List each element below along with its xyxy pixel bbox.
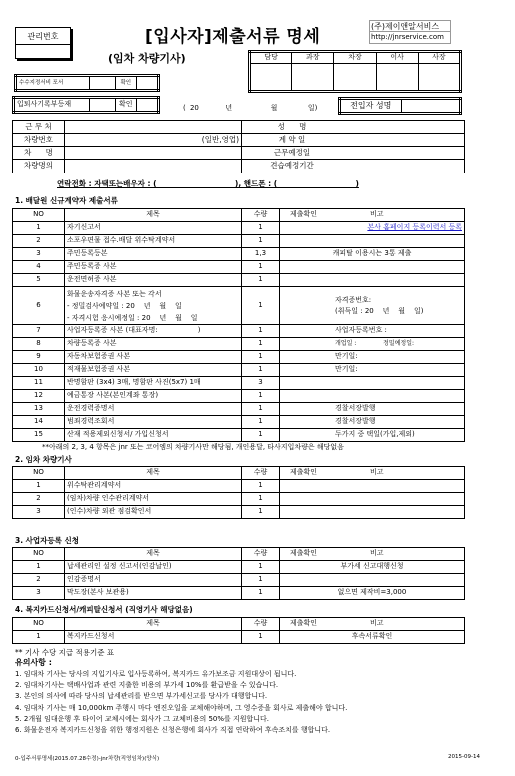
row-note[interactable] (280, 390, 465, 403)
management-number-box: 관리번호 (15, 27, 71, 59)
row-qty: 1 (242, 222, 280, 235)
table-row: 4 주민등록증 사본 1 (13, 261, 465, 274)
approval-table: 담당 과장 차장 이사 사장 (248, 50, 462, 93)
col-check: 제출확인 (282, 620, 370, 628)
row-no: 15 (13, 429, 65, 442)
table-row: 1 자기신고서 1 본사 홈페이지 등록이력서 등록 (13, 222, 465, 235)
col-title: 제목 (65, 618, 242, 631)
table-row: 12 예금통장 사본(본인계좌 통장) 1 (13, 390, 465, 403)
table-row: 3 막도장(본사 보관용) 1 없으면 제작비=3,000 (13, 587, 465, 600)
caution-title: 유의사항 : (15, 657, 52, 668)
col-check-note: 제출확인비고 (280, 618, 465, 631)
row-title: 적재물보험증권 사본 (65, 364, 242, 377)
row-note[interactable]: 사업자등록번호 : (280, 325, 465, 338)
row-title: (임차)차량 인수관리계약서 (65, 493, 242, 506)
caution-item: 1. 임대차 기사는 당사의 지입기사로 입사등록하여, 복지카드 유가보조금 … (15, 669, 347, 680)
row-note[interactable]: 두가지 중 택일(가입,제외) (280, 429, 465, 442)
company-name: (주)제이앤알서비스 (370, 21, 450, 32)
table-row: 2 (임차)차량 인수관리계약서 1 (13, 493, 465, 506)
col-no: NO (13, 618, 65, 631)
row-note-line: 자격증번호: (335, 295, 462, 306)
approval-col-director: 이사 (376, 52, 418, 64)
row-note[interactable] (280, 377, 465, 390)
col-qty: 수량 (242, 467, 280, 480)
row-title: 반명함판 (3x4) 3매, 명함판 사진(5x7) 1매 (65, 377, 242, 390)
row-title: 사업자등록증 사본 (대표자명: ) (65, 325, 242, 338)
table-row: 10 적재물보험증권 사본 1 만기일: (13, 364, 465, 377)
info-label-start-date: 근무예정일 (242, 149, 342, 157)
approval-sign-deputy[interactable] (334, 64, 376, 92)
row-qty: 1 (242, 287, 280, 325)
caution-item: 6. 화물운전자 복지카드신청을 위한 행정지원은 신청은행에 회사가 직접 연… (15, 725, 347, 736)
row-no: 11 (13, 377, 65, 390)
row-title: 차량등록증 사본 (65, 338, 242, 351)
row-no: 8 (13, 338, 65, 351)
section3-table: NO 제목 수량 제출확인비고 1 납세관리인 설정 신고서(인감날인) 1 부… (12, 547, 465, 600)
company-box: (주)제이앤알서비스 http://jnrservice.com (369, 20, 451, 44)
table-row: 1 위수탁관리계약서 1 (13, 480, 465, 493)
row-note[interactable] (280, 274, 465, 287)
row-title: 복지카드신청서 (65, 631, 242, 644)
row-title: 운전경력증명서 (65, 403, 242, 416)
info-start-cell[interactable]: 근무예정일 (242, 147, 465, 160)
row-note[interactable]: 만기일: (280, 351, 465, 364)
page-title: [입사자]제출서류 명세 (145, 22, 320, 47)
row-note[interactable]: 후속서류확인 (280, 631, 465, 644)
row-no: 2 (13, 574, 65, 587)
row-note[interactable]: 경찰서장발행 (280, 403, 465, 416)
table-row: 9 자동차보험증권 사본 1 만기일: (13, 351, 465, 364)
row-qty: 1 (242, 493, 280, 506)
row-qty: 1 (242, 561, 280, 574)
row-qty: 1 (242, 480, 280, 493)
page-subtitle: (임차 차량기사) (108, 50, 186, 66)
table-row: 15 산재 적용제외신청서/ 가입신청서 1 두가지 중 택일(가입,제외) (13, 429, 465, 442)
register-value[interactable] (89, 98, 116, 113)
section2-title: 2. 임차 차량기사 (15, 454, 72, 465)
row-note[interactable] (280, 235, 465, 248)
col-note: 비고 (370, 549, 384, 557)
row-no: 3 (13, 248, 65, 261)
row-no: 2 (13, 235, 65, 248)
row-no: 1 (13, 480, 65, 493)
info-name-cell[interactable]: 성 명 (242, 121, 465, 134)
section2-table: NO 제목 수량 제출확인비고 1 위수탁관리계약서 1 2 (임차)차량 인수… (12, 466, 465, 519)
instruction-value[interactable] (89, 76, 116, 91)
col-check: 제출확인 (282, 211, 370, 219)
row-title: 위수탁관리계약서 (65, 480, 242, 493)
register-confirm-label: 확인 (116, 98, 136, 113)
row-title: 자동차보험증권 사본 (65, 351, 242, 364)
info-contract-cell[interactable]: 계 약 일 (242, 134, 465, 147)
col-title: 제목 (65, 548, 242, 561)
row-note[interactable]: 자격증번호:(취득일 : 20 년 월 일) (280, 287, 465, 325)
management-number-field[interactable] (16, 45, 70, 59)
col-check-note: 제출확인비고 (280, 467, 465, 480)
col-no: NO (13, 209, 65, 222)
approval-sign-staff[interactable] (250, 64, 292, 92)
row-title: 막도장(본사 보관용) (65, 587, 242, 600)
management-number-label: 관리번호 (16, 28, 70, 45)
homepage-resume-link[interactable]: 본사 홈페이지 등록이력서 등록 (367, 223, 462, 231)
row-title: 범죄경력조회서 (65, 416, 242, 429)
section4-table: NO 제목 수량 제출확인비고 1 복지카드신청서 1 후속서류확인 (12, 617, 465, 644)
row-title: 운전면허증 사본 (65, 274, 242, 287)
section3-title: 3. 사업자등록 신청 (15, 535, 79, 546)
row-qty: 1 (242, 351, 280, 364)
approval-col-manager: 과장 (292, 52, 334, 64)
row-title: 산재 적용제외신청서/ 가입신청서 (65, 429, 242, 442)
row-qty: 1 (242, 429, 280, 442)
col-note: 비고 (370, 210, 384, 218)
table-row: 3 주민등록등본 1,3 캐피탈 이용시는 3통 제출 (13, 248, 465, 261)
info-label-vehicle-owner: 차량명의 (13, 160, 65, 173)
info-label-training-period: 견습예정기간 (242, 162, 342, 170)
row-note[interactable]: 없으면 제작비=3,000 (280, 587, 465, 600)
register-confirm-field[interactable] (136, 98, 158, 113)
approval-col-staff: 담당 (250, 52, 292, 64)
info-label-contract-date: 계 약 일 (242, 136, 342, 144)
info-label-vehicle-name: 차 명 (13, 147, 65, 160)
row-no: 14 (13, 416, 65, 429)
row-qty: 1 (242, 364, 280, 377)
row-no: 4 (13, 261, 65, 274)
section1-title: 1. 배달원 신규계약자 제출서류 (15, 195, 118, 206)
row-qty: 1 (242, 274, 280, 287)
row-title-line[interactable]: - 정밀검사예약일 : 20 년 월 일 (67, 300, 239, 312)
row-note-line: (취득일 : 20 년 월 일) (335, 306, 462, 317)
company-url[interactable]: http://jnrservice.com (370, 32, 450, 43)
col-qty: 수량 (242, 548, 280, 561)
section1-table: NO 제목 수량 제출확인비고 1 자기신고서 1 본사 홈페이지 등록이력서 … (12, 208, 465, 442)
section4-title: 4. 복지카드신청서/캐피탈신청서 (직영기사 해당없음) (15, 604, 193, 615)
row-title: 화물운송자격증 사본 또는 각서- 정밀검사예약일 : 20 년 월 일- 자격… (65, 287, 242, 325)
row-no: 1 (13, 631, 65, 644)
approval-col-president: 사장 (418, 52, 460, 64)
caution-list: 1. 임대차 기사는 당사의 지입기사로 입사등록하여, 복지카드 유가보조금 … (15, 669, 347, 736)
register-label: 입퇴사기록부등재 (14, 98, 90, 113)
row-title-line[interactable]: - 자격시험 응시예정일 : 20 년 월 일 (67, 312, 239, 324)
approval-col-deputy: 차장 (334, 52, 376, 64)
info-training-cell[interactable]: 견습예정기간 (242, 160, 465, 173)
row-qty: 1,3 (242, 248, 280, 261)
row-qty: 1 (242, 403, 280, 416)
row-no: 9 (13, 351, 65, 364)
col-qty: 수량 (242, 618, 280, 631)
table-row: 13 운전경력증명서 1 경찰서장발행 (13, 403, 465, 416)
info-label-name: 성 명 (242, 123, 342, 131)
reporter-name-field[interactable] (401, 99, 460, 114)
footer-date: 2015-09-14 (448, 754, 480, 760)
row-note[interactable] (280, 261, 465, 274)
reporter-label: 전입자 성명 (340, 99, 402, 114)
col-check-note: 제출확인비고 (280, 209, 465, 222)
date-text: ( 20 년 월 일) (183, 103, 317, 113)
row-qty: 1 (242, 416, 280, 429)
date-open: ( 20 (183, 104, 199, 112)
row-title-line: 화물운송자격증 사본 또는 각서 (67, 288, 239, 300)
info-table: 근 무 처 성 명 차량번호 (일반,영업) 계 약 일 차 명 근무예정일 차… (12, 120, 465, 173)
row-note[interactable]: 개업일 : 정밀예정일: (280, 338, 465, 351)
row-note[interactable] (280, 493, 465, 506)
col-check: 제출확인 (282, 550, 370, 558)
row-qty: 1 (242, 631, 280, 644)
row-qty: 1 (242, 338, 280, 351)
info-label-workplace: 근 무 처 (13, 121, 65, 134)
row-note: 본사 홈페이지 등록이력서 등록 (280, 222, 465, 235)
row-title: 주민등록등본 (65, 248, 242, 261)
col-no: NO (13, 548, 65, 561)
instruction-label: 수수지정서비 포서 (16, 76, 90, 91)
col-check-note: 제출확인비고 (280, 548, 465, 561)
table-row: 6 화물운송자격증 사본 또는 각서- 정밀검사예약일 : 20 년 월 일- … (13, 287, 465, 325)
instruction-table: 수수지정서비 포서 확인 (14, 74, 160, 92)
row-title: 납세관리인 설정 신고서(인감날인) (65, 561, 242, 574)
row-title: 자기신고서 (65, 222, 242, 235)
row-no: 13 (13, 403, 65, 416)
col-check: 제출확인 (282, 469, 370, 477)
instruction-confirm-field[interactable] (136, 76, 159, 91)
row-qty: 3 (242, 377, 280, 390)
row-no: 5 (13, 274, 65, 287)
row-title: 인감증명서 (65, 574, 242, 587)
row-no: 7 (13, 325, 65, 338)
table-row: 7 사업자등록증 사본 (대표자명: ) 1 사업자등록번호 : (13, 325, 465, 338)
col-no: NO (13, 467, 65, 480)
info-workplace-field[interactable] (65, 121, 242, 134)
col-title: 제목 (65, 209, 242, 222)
table-row: 8 차량등록증 사본 1 개업일 : 정밀예정일: (13, 338, 465, 351)
row-qty: 1 (242, 506, 280, 519)
row-no: 10 (13, 364, 65, 377)
footer-filename: 0-입주서류명세(2015.07.28수정)-jnr차량(직영임차)(양식) (15, 754, 159, 762)
table-row: 14 범죄경력조회서 1 경찰서장발행 (13, 416, 465, 429)
row-title: 주민등록증 사본 (65, 261, 242, 274)
info-vehicle-owner-field[interactable] (65, 160, 242, 173)
row-note[interactable] (280, 480, 465, 493)
row-no: 1 (13, 222, 65, 235)
contact-phone-line[interactable]: 연락전화 : 자택또는배우자 : ( ), 핸드폰 : ( ) (57, 178, 359, 189)
reporter-table: 전입자 성명 (338, 97, 462, 115)
caution-item: 2. 임대차기사는 택배사업과 관련 지출한 비용의 부가세 10%를 환급받을… (15, 680, 347, 691)
caution-item: 3. 본인의 의사에 따라 당사의 납세관리를 받으면 부가세신고를 당사가 대… (15, 691, 347, 702)
row-note[interactable] (280, 506, 465, 519)
row-qty: 1 (242, 325, 280, 338)
approval-sign-manager[interactable] (292, 64, 334, 92)
row-no: 3 (13, 587, 65, 600)
row-qty: 1 (242, 587, 280, 600)
row-qty: 1 (242, 574, 280, 587)
row-title: (인수)차량 외관 점검확인서 (65, 506, 242, 519)
col-title: 제목 (65, 467, 242, 480)
row-note[interactable]: 만기일: (280, 364, 465, 377)
caution-item: 4. 임대차 기사는 매 10,000km 주행시 마다 엔진오일을 교체해야하… (15, 703, 347, 714)
col-qty: 수량 (242, 209, 280, 222)
table-row: 3 (인수)차량 외관 점검확인서 1 (13, 506, 465, 519)
register-table: 입퇴사기록부등재 확인 (12, 96, 160, 114)
row-no: 3 (13, 506, 65, 519)
row-title: 예금통장 사본(본인계좌 통장) (65, 390, 242, 403)
row-no: 1 (13, 561, 65, 574)
table-row: 5 운전면허증 사본 1 (13, 274, 465, 287)
col-note: 비고 (370, 468, 384, 476)
approval-sign-president[interactable] (418, 64, 460, 92)
info-vehicle-no-field[interactable]: (일반,영업) (65, 134, 242, 147)
table-row: 2 인감증명서 1 (13, 574, 465, 587)
date-day: 일) (308, 103, 318, 113)
instruction-confirm-label: 확인 (116, 76, 136, 91)
section1-footnote: **아래의 2, 3, 4 항목은 jnr 또는 코어엠의 차량기사만 해당됨,… (42, 442, 344, 452)
table-row: 1 납세관리인 설정 신고서(인감날인) 1 부가세 신고대행신청 (13, 561, 465, 574)
row-note[interactable]: 캐피탈 이용시는 3통 제출 (280, 248, 465, 261)
date-month: 월 (271, 103, 278, 113)
row-qty: 1 (242, 235, 280, 248)
caution-item: 5. 2개월 임대운행 후 타이어 교체시에는 회사가 그 교체비용의 50%를… (15, 714, 347, 725)
row-no: 2 (13, 493, 65, 506)
row-note[interactable] (280, 574, 465, 587)
row-qty: 1 (242, 390, 280, 403)
table-row: 1 복지카드신청서 1 후속서류확인 (13, 631, 465, 644)
col-note: 비고 (370, 619, 384, 627)
info-label-vehicle-no: 차량번호 (13, 134, 65, 147)
row-note[interactable]: 부가세 신고대행신청 (280, 561, 465, 574)
row-note[interactable]: 경찰서장발행 (280, 416, 465, 429)
table-row: 2 소포우편물 접수.배달 위수탁계약서 1 (13, 235, 465, 248)
row-no: 6 (13, 287, 65, 325)
info-vehicle-name-field[interactable] (65, 147, 242, 160)
row-qty: 1 (242, 261, 280, 274)
row-title: 소포우편물 접수.배달 위수탁계약서 (65, 235, 242, 248)
date-year: 년 (225, 103, 232, 113)
approval-sign-director[interactable] (376, 64, 418, 92)
row-no: 12 (13, 390, 65, 403)
table-row: 11 반명함판 (3x4) 3매, 명함판 사진(5x7) 1매 3 (13, 377, 465, 390)
